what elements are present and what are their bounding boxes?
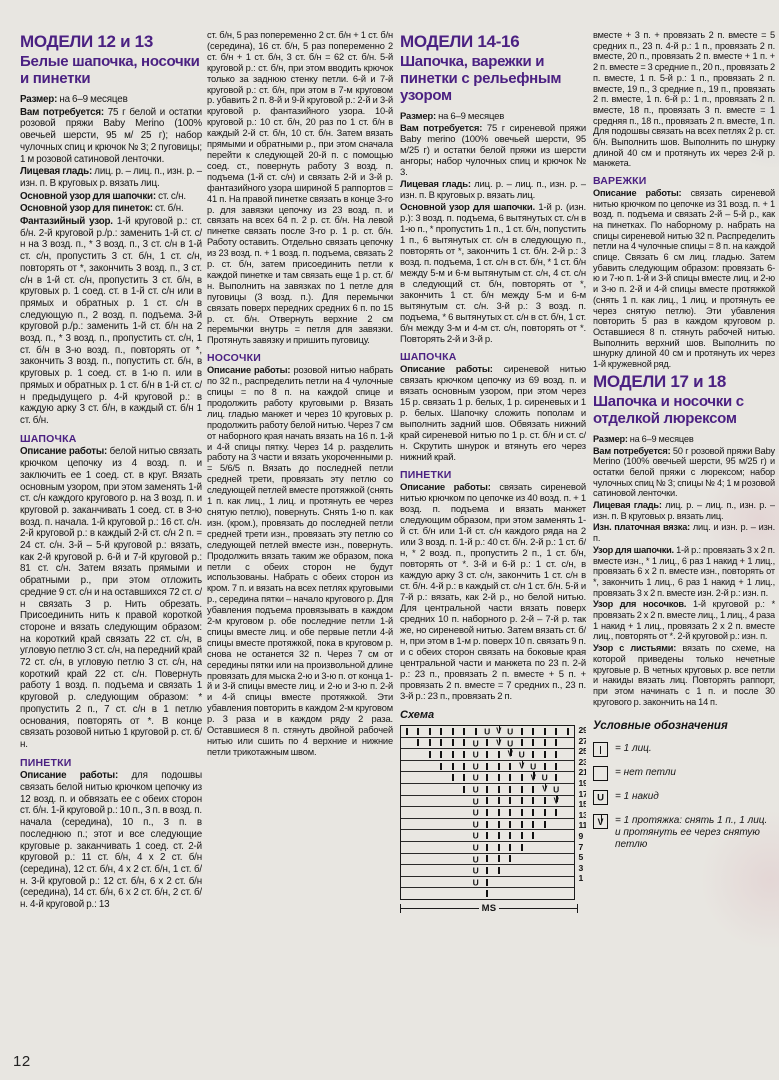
knit-stitch-symbol: [486, 751, 488, 758]
knit-stitch-symbol: [521, 832, 523, 839]
chart-row-number: 17: [579, 789, 587, 800]
symbol-legend: Условные обозначения= 1 лиц.= нет петлиU…: [593, 721, 775, 851]
knit-stitch-symbol: [544, 751, 546, 758]
body-paragraph: Размер: на 6–9 месяцев: [20, 94, 202, 106]
paragraph-lead: Узор для шапочки.: [593, 545, 674, 555]
paragraph-lead: Описание работы:: [400, 364, 493, 375]
chart-cell: [562, 854, 574, 866]
knit-stitch-symbol: [429, 751, 431, 758]
knit-stitch-symbol: [521, 821, 523, 828]
body-paragraph: Лицевая гладь: лиц. р. – лиц. п., изн. р…: [20, 166, 202, 189]
knit-stitch-symbol: [486, 763, 488, 770]
knit-stitch-symbol: [532, 728, 534, 735]
body-paragraph: Лицевая гладь: лиц. р. – лиц. п., изн. р…: [593, 500, 775, 521]
knit-stitch-symbol: [532, 751, 534, 758]
knit-stitch-symbol: [498, 751, 500, 758]
slip-stitch-symbol: [594, 815, 607, 828]
chart-cell: [562, 865, 574, 877]
knit-stitch-symbol: [544, 739, 546, 746]
knit-stitch-symbol: [463, 774, 465, 781]
knit-stitch-symbol: [463, 786, 465, 793]
yarn-over-symbol: U: [473, 797, 479, 806]
chart-row-number: 25: [579, 746, 587, 757]
page-number: 12: [13, 1053, 31, 1070]
chart-row-numbers: 2927252321191715131197531: [579, 725, 587, 884]
knit-stitch-symbol: [509, 855, 511, 862]
knit-stitch-symbol: [406, 728, 408, 735]
yarn-over-symbol: U: [553, 786, 559, 795]
body-paragraph: Описание работы: связать сиреневой нитью…: [400, 482, 586, 702]
knit-stitch-symbol: [486, 774, 488, 781]
paragraph-lead: Размер:: [593, 434, 628, 444]
chart-row-number: 29: [579, 725, 587, 736]
body-paragraph: Основной узор для шапочки: ст. с/н.: [20, 191, 202, 203]
paragraph-lead: Основной узор для пинеток:: [20, 203, 153, 214]
body-paragraph: вместе + 3 п. + провязать 2 п. вместе = …: [593, 30, 775, 169]
knit-stitch-symbol: [498, 797, 500, 804]
chart-row-number: 27: [579, 736, 587, 747]
yarn-over-symbol: U: [473, 855, 479, 864]
knit-stitch-symbol: [486, 867, 488, 874]
model-title: МОДЕЛИ 17 и 18: [593, 372, 775, 391]
yarn-over-symbol: U: [473, 867, 479, 876]
slip-stitch-symbol: [528, 772, 540, 783]
paragraph-lead: Размер:: [400, 111, 436, 122]
chart-row-number: 7: [579, 842, 587, 853]
knit-stitch-symbol: [417, 728, 419, 735]
knit-stitch-symbol: [452, 751, 454, 758]
chart-cell: [562, 842, 574, 854]
knit-stitch-symbol: [509, 832, 511, 839]
knit-stitch-symbol: [417, 739, 419, 746]
knit-stitch-symbol: [544, 821, 546, 828]
knit-stitch-symbol: [486, 855, 488, 862]
knit-stitch-symbol: [440, 739, 442, 746]
knit-stitch-symbol: [567, 728, 569, 735]
slip-stitch-symbol: [516, 761, 528, 772]
knit-stitch-symbol: [498, 844, 500, 851]
column-4: вместе + 3 п. + провязать 2 п. вместе = …: [593, 30, 775, 1074]
chart-cell: [562, 772, 574, 784]
body-paragraph: Узор для шапочки. 1-й р.: провязать 3 х …: [593, 545, 775, 599]
yarn-over-symbol: U: [473, 739, 479, 748]
legend-title: Условные обозначения: [593, 721, 775, 732]
legend-item-text: = нет петли: [615, 766, 676, 779]
magazine-page: МОДЕЛИ 12 и 13Белые шапочка, носочки и п…: [0, 0, 779, 1080]
yarn-over-symbol: U: [473, 786, 479, 795]
legend-item-text: = 1 накид: [615, 790, 659, 803]
legend-symbol-box: [593, 766, 608, 781]
body-paragraph: Узор для носочков. 1-й круговой р.: * пр…: [593, 599, 775, 642]
body-paragraph: Изн. платочная вязка: лиц. и изн. р. – и…: [593, 522, 775, 543]
legend-item: = 1 протяжка: снять 1 п., 1 лиц. и протя…: [593, 814, 775, 851]
legend-symbol-box: U: [593, 790, 608, 805]
knit-stitch-symbol: [521, 786, 523, 793]
paragraph-lead: Основной узор для шапочки:: [20, 191, 156, 202]
knit-stitch-symbol: [463, 763, 465, 770]
chart-cell: [562, 796, 574, 808]
knit-stitch-symbol: [498, 763, 500, 770]
yarn-over-symbol: U: [507, 739, 513, 748]
knit-stitch-symbol: [532, 821, 534, 828]
knit-stitch-symbol: [498, 855, 500, 862]
knit-stitch-symbol: [521, 739, 523, 746]
chart-cell: [562, 888, 574, 899]
chart-row-number: 3: [579, 863, 587, 874]
knit-stitch-symbol: [498, 867, 500, 874]
knit-stitch-symbol: [486, 821, 488, 828]
knit-stitch-symbol: [555, 739, 557, 746]
yarn-over-symbol: U: [519, 751, 525, 760]
knit-stitch-symbol: [544, 809, 546, 816]
body-paragraph: Размер: на 6–9 месяцев: [400, 111, 586, 122]
legend-symbol-box: [593, 814, 608, 829]
chart-row-number: 1: [579, 873, 587, 884]
yarn-over-symbol: U: [473, 762, 479, 771]
rapport-label: MS: [479, 903, 500, 914]
section-heading: ПИНЕТКИ: [20, 758, 202, 770]
model-subtitle: Шапочка, варежки и пинетки с рельефным у…: [400, 53, 586, 104]
column-2: ст. б/н, 5 раз попеременно 2 ст. б/н + 1…: [207, 30, 393, 1074]
slip-stitch-symbol: [551, 796, 563, 807]
yarn-over-symbol: U: [473, 751, 479, 760]
knit-stitch-symbol: [486, 739, 488, 746]
chart-cell: [562, 877, 574, 889]
knit-stitch-symbol: [486, 844, 488, 851]
knit-stitch-symbol: [509, 821, 511, 828]
chart-row-number: 9: [579, 831, 587, 842]
body-paragraph: Вам потребуется: 75 г сиреневой пряжи Ba…: [400, 123, 586, 178]
knit-stitch-symbol: [486, 786, 488, 793]
knit-stitch-symbol: [475, 728, 477, 735]
knit-stitch-symbol: [440, 751, 442, 758]
body-paragraph: Описание работы: сиреневой нитью связать…: [400, 364, 586, 463]
legend-symbol-box: [593, 742, 608, 757]
section-heading: ВАРЕЖКИ: [593, 176, 775, 187]
yarn-over-symbol: U: [473, 820, 479, 829]
knit-stitch-symbol: [521, 844, 523, 851]
knit-stitch-symbol: [486, 832, 488, 839]
knit-stitch-symbol: [440, 728, 442, 735]
legend-item-text: = 1 протяжка: снять 1 п., 1 лиц. и протя…: [615, 814, 775, 851]
knit-stitch-symbol: [429, 739, 431, 746]
knit-stitch-symbol: [521, 728, 523, 735]
body-paragraph: Размер: на 6–9 месяцев: [593, 434, 775, 445]
knit-stitch-symbol: [521, 774, 523, 781]
knit-stitch-symbol: [600, 746, 602, 754]
knit-stitch-symbol: [498, 821, 500, 828]
section-heading: ПИНЕТКИ: [400, 470, 586, 481]
knit-stitch-symbol: [452, 763, 454, 770]
chart-row-number: 19: [579, 778, 587, 789]
paragraph-lead: Узор с листьями:: [593, 643, 676, 653]
chart-cell: [562, 761, 574, 773]
knit-stitch-symbol: [532, 797, 534, 804]
slip-stitch-symbol: [493, 726, 505, 737]
knit-stitch-symbol: [498, 832, 500, 839]
column-1: МОДЕЛИ 12 и 13Белые шапочка, носочки и п…: [20, 30, 202, 1074]
legend-item: = 1 лиц.: [593, 742, 775, 757]
legend-item: U= 1 накид: [593, 790, 775, 805]
knit-stitch-symbol: [555, 763, 557, 770]
knit-stitch-symbol: [544, 797, 546, 804]
chart-row-number: 13: [579, 810, 587, 821]
knit-stitch-symbol: [509, 809, 511, 816]
knit-stitch-symbol: [532, 786, 534, 793]
knit-stitch-symbol: [509, 797, 511, 804]
paragraph-lead: Описание работы:: [593, 188, 681, 198]
chart-cell: [562, 830, 574, 842]
knit-stitch-symbol: [555, 751, 557, 758]
knit-stitch-symbol: [486, 809, 488, 816]
chart-row-number: 15: [579, 799, 587, 810]
body-paragraph: Фантазийный узор. 1-й круговой р.: ст. б…: [20, 216, 202, 427]
yarn-over-symbol: U: [473, 843, 479, 852]
column-3: МОДЕЛИ 14-16Шапочка, варежки и пинетки с…: [400, 30, 586, 1074]
rapport-bracket: MS: [400, 904, 578, 913]
body-paragraph: Описание работы: связать сиреневой нитью…: [593, 188, 775, 370]
model-title: МОДЕЛИ 14-16: [400, 32, 586, 51]
knit-stitch-symbol: [532, 809, 534, 816]
knit-stitch-symbol: [486, 879, 488, 886]
yarn-over-symbol: U: [473, 832, 479, 841]
knit-stitch-symbol: [555, 728, 557, 735]
paragraph-lead: Описание работы:: [400, 482, 491, 493]
knit-stitch-symbol: [498, 774, 500, 781]
paragraph-lead: Вам потребуется:: [593, 446, 670, 456]
knit-stitch-symbol: [521, 809, 523, 816]
chart-cell: [562, 738, 574, 750]
paragraph-lead: Размер:: [20, 94, 57, 105]
paragraph-lead: Описание работы:: [207, 365, 290, 375]
knit-stitch-symbol: [452, 728, 454, 735]
paragraph-lead: Фантазийный узор.: [20, 216, 113, 227]
yarn-over-symbol: U: [473, 809, 479, 818]
knit-stitch-symbol: [452, 774, 454, 781]
paragraph-lead: Вам потребуется:: [400, 123, 482, 134]
knit-stitch-symbol: [452, 739, 454, 746]
section-heading: НОСОЧКИ: [207, 353, 393, 364]
knit-stitch-symbol: [509, 774, 511, 781]
chart-cell: [562, 726, 574, 738]
yarn-over-symbol: U: [507, 728, 513, 737]
knit-stitch-symbol: [486, 797, 488, 804]
legend-item-text: = 1 лиц.: [615, 742, 652, 755]
knit-stitch-symbol: [498, 786, 500, 793]
paragraph-lead: Вам потребуется:: [20, 107, 104, 118]
slip-stitch-symbol: [539, 784, 551, 795]
chart-cell: [562, 807, 574, 819]
paragraph-lead: Описание работы:: [20, 446, 107, 457]
paragraph-lead: Лицевая гладь:: [20, 166, 92, 177]
knit-stitch-symbol: [486, 890, 488, 897]
yarn-over-symbol: U: [530, 762, 536, 771]
body-paragraph: Описание работы: розовой нитью набрать п…: [207, 365, 393, 758]
paragraph-lead: Основной узор для шапочки.: [400, 202, 535, 213]
knit-stitch-symbol: [463, 728, 465, 735]
model-subtitle: Белые шапочка, носочки и пинетки: [20, 53, 202, 87]
knit-stitch-symbol: [532, 739, 534, 746]
slip-stitch-symbol: [493, 738, 505, 749]
chart-cell: [562, 749, 574, 761]
yarn-over-symbol: U: [542, 774, 548, 783]
knit-stitch-symbol: [440, 763, 442, 770]
chart-row-number: 11: [579, 820, 587, 831]
body-paragraph: Основной узор для шапочки. 1-й р. (изн. …: [400, 202, 586, 345]
knit-stitch-symbol: [521, 797, 523, 804]
paragraph-lead: Описание работы:: [20, 770, 118, 781]
chart-row-number: 23: [579, 757, 587, 768]
legend-item: = нет петли: [593, 766, 775, 781]
slip-stitch-symbol: [505, 749, 517, 760]
knit-stitch-symbol: [463, 739, 465, 746]
knit-stitch-symbol: [555, 774, 557, 781]
chart-row-number: 21: [579, 767, 587, 778]
paragraph-lead: Лицевая гладь:: [400, 179, 471, 190]
body-paragraph: Лицевая гладь: лиц. р. – лиц. п., изн. р…: [400, 179, 586, 201]
knit-stitch-symbol: [429, 728, 431, 735]
chart-cell: [562, 819, 574, 831]
paragraph-lead: Лицевая гладь:: [593, 500, 662, 510]
knit-stitch-symbol: [532, 832, 534, 839]
yarn-over-symbol: U: [597, 793, 604, 803]
paragraph-lead: Изн. платочная вязка:: [593, 522, 690, 532]
knit-stitch-symbol: [509, 844, 511, 851]
schema-title: Схема: [400, 710, 586, 721]
knit-stitch-symbol: [555, 809, 557, 816]
body-paragraph: Описание работы: белой нитью связать крю…: [20, 446, 202, 750]
section-heading: ШАПОЧКА: [400, 352, 586, 363]
body-paragraph: Узор с листьями: вязать по схеме, на кот…: [593, 643, 775, 707]
body-paragraph: Основной узор для пинеток: ст. б/н.: [20, 203, 202, 215]
model-title: МОДЕЛИ 12 и 13: [20, 32, 202, 51]
body-paragraph: Описание работы: для подошвы связать бел…: [20, 770, 202, 910]
chart-grid: UUUUUUUUUUUUUUUUUUUU: [400, 725, 575, 900]
body-paragraph: Вам потребуется: 50 г розовой пряжи Baby…: [593, 446, 775, 500]
knit-stitch-symbol: [544, 728, 546, 735]
yarn-over-symbol: U: [473, 774, 479, 783]
paragraph-lead: Узор для носочков.: [593, 599, 686, 609]
knit-stitch-symbol: [544, 763, 546, 770]
knit-stitch-symbol: [509, 763, 511, 770]
body-paragraph: Вам потребуется: 75 г белой и остатки ро…: [20, 107, 202, 166]
chart-cell: [562, 784, 574, 796]
body-paragraph: ст. б/н, 5 раз попеременно 2 ст. б/н + 1…: [207, 30, 393, 346]
knit-stitch-symbol: [463, 751, 465, 758]
knitting-chart: UUUUUUUUUUUUUUUUUUUU29272523211917151311…: [400, 725, 586, 913]
yarn-over-symbol: U: [484, 728, 490, 737]
knit-stitch-symbol: [509, 786, 511, 793]
section-heading: ШАПОЧКА: [20, 434, 202, 446]
knit-stitch-symbol: [498, 809, 500, 816]
model-subtitle: Шапочка и носочки с отделкой люрексом: [593, 393, 775, 427]
chart-row-number: 5: [579, 852, 587, 863]
yarn-over-symbol: U: [473, 878, 479, 887]
